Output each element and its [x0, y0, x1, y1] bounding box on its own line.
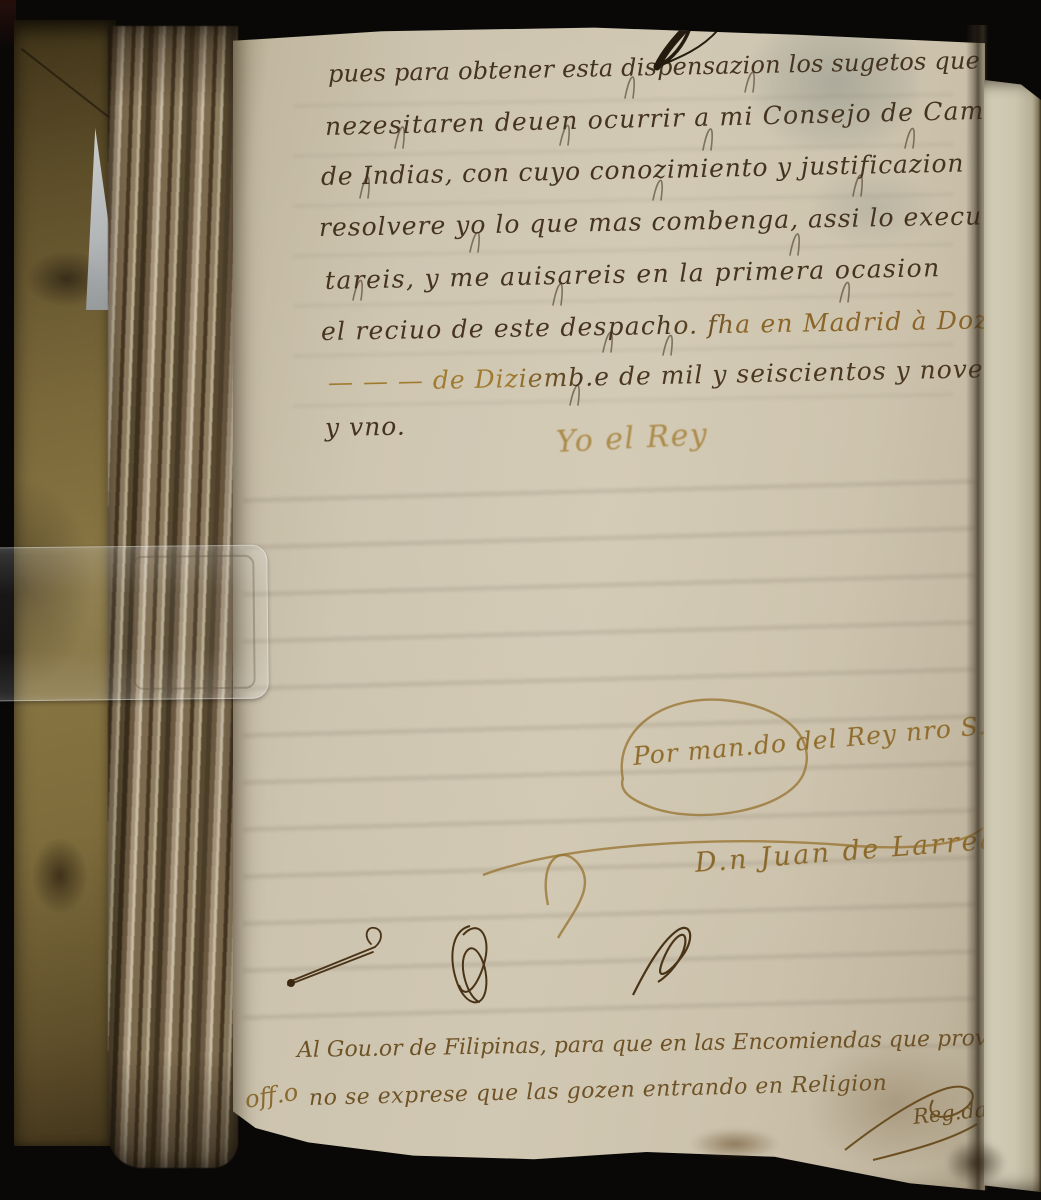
corner-tint [0, 0, 16, 48]
rubric-flourish-1 [287, 928, 381, 987]
plastic-page-holder [0, 545, 269, 702]
countersign-flourish [483, 700, 983, 938]
manuscript-page: pues para obtener esta dispensazion los … [233, 0, 985, 1200]
rubric-flourish-2 [452, 926, 486, 1002]
next-page-edge [984, 80, 1041, 1192]
page-stain [690, 1128, 780, 1160]
cover-crease [21, 48, 117, 123]
ink-flourish-layer [233, 0, 985, 1200]
rubric-flourish-3 [633, 928, 690, 995]
ascender-strokes [353, 72, 914, 405]
plastic-page-holder-edge [132, 555, 255, 690]
page-stain [946, 1140, 1006, 1186]
ink-blot [657, 22, 718, 67]
archive-photo: pues para obtener esta dispensazion los … [0, 0, 1041, 1200]
